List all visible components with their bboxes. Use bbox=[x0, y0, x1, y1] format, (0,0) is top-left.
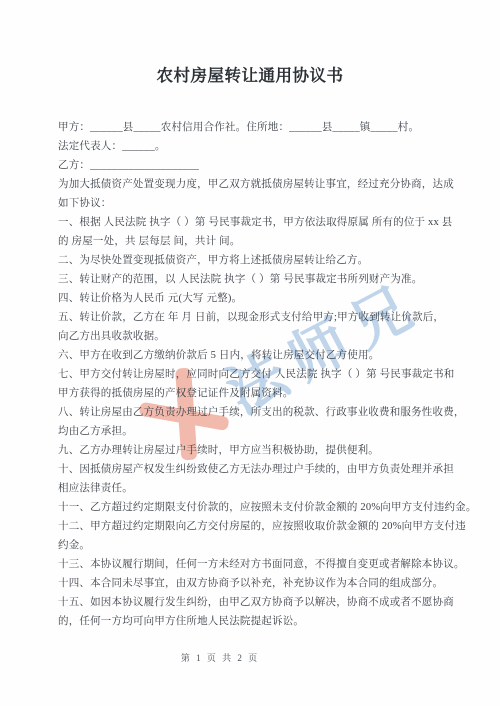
line-preamble-2: 如下协议： bbox=[58, 194, 458, 213]
line-clause-5a: 五、转让价款，乙方在 年 月 日前，以现金形式支付给甲方;甲方收到转让价款后， bbox=[58, 308, 458, 327]
line-clause-14: 十四、本合同未尽事宜，由双方协商予以补充，补充协议作为本合同的组成部分。 bbox=[58, 574, 458, 593]
line-clause-8b: 均由乙方承担。 bbox=[58, 422, 458, 441]
line-clause-7a: 七、甲方交付转让房屋时，应同时向乙方交付 人民法院 执字（ ）第 号民事裁定书和 bbox=[58, 365, 458, 384]
line-clause-3: 三、转让财产的范围，以 人民法院 执字（ ）第 号民事裁定书所列财产为准。 bbox=[58, 270, 458, 289]
line-preamble-1: 为加大抵债资产处置变现力度，甲乙双方就抵债房屋转让事宜，经过充分协商，达成 bbox=[58, 175, 458, 194]
line-clause-9: 九、乙方办理转让房屋过户手续时，甲方应当积极协助，提供便利。 bbox=[58, 441, 458, 460]
document-title: 农村房屋转让通用协议书 bbox=[0, 62, 500, 86]
line-clause-1a: 一、根据 人民法院 执字（ ）第 号民事裁定书，甲方依法取得原属 所有的位于 x… bbox=[58, 213, 458, 232]
line-clause-15b: 的，任何一方均可向甲方住所地人民法院提起诉讼。 bbox=[58, 612, 458, 631]
line-clause-6: 六、甲方在收到乙方缴纳价款后 5 日内，将转让房屋交付乙方使用。 bbox=[58, 346, 458, 365]
line-party-b: 乙方：____________________ bbox=[58, 156, 458, 175]
line-clause-7b: 甲方获得的抵债房屋的产权登记证件及附属资料。 bbox=[58, 384, 458, 403]
line-clause-10a: 十、因抵债房屋产权发生纠纷致使乙方无法办理过户手续的，由甲方负责处理并承担 bbox=[58, 460, 458, 479]
line-clause-4: 四、转让价格为人民币 元(大写 元整)。 bbox=[58, 289, 458, 308]
document-body: 甲方：______县_____农村信用合作社。住所地：______县_____镇… bbox=[58, 118, 458, 631]
line-clause-15a: 十五、如因本协议履行发生纠纷，由甲乙双方协商予以解决，协商不成或者不愿协商 bbox=[58, 593, 458, 612]
document-page: 法师兄 农村房屋转让通用协议书 甲方：______县_____农村信用合作社。住… bbox=[0, 0, 500, 706]
line-clause-8a: 八、转让房屋由乙方负责办理过户手续，所支出的税款、行政事业收费和服务性收费， bbox=[58, 403, 458, 422]
line-legal-representative: 法定代表人：______。 bbox=[58, 137, 458, 156]
page-number: 第 1 页 共 2 页 bbox=[0, 651, 440, 664]
line-clause-11: 十一、乙方超过约定期限支付价款的，应按照未支付价款金额的 20%向甲方支付违约金… bbox=[58, 498, 458, 517]
line-clause-12a: 十二、甲方超过约定期限向乙方交付房屋的，应按照收取价款金额的 20%向甲方支付违 bbox=[58, 517, 458, 536]
line-clause-1b: 的 房屋一处，共 层每层 间，共计 间。 bbox=[58, 232, 458, 251]
line-clause-12b: 约金。 bbox=[58, 536, 458, 555]
line-party-a: 甲方：______县_____农村信用合作社。住所地：______县_____镇… bbox=[58, 118, 458, 137]
line-clause-2: 二、为尽快处置变现抵债资产，甲方将上述抵债房屋转让给乙方。 bbox=[58, 251, 458, 270]
line-clause-5b: 向乙方出具收款收据。 bbox=[58, 327, 458, 346]
line-clause-10b: 相应法律责任。 bbox=[58, 479, 458, 498]
line-clause-13: 十三、本协议履行期间，任何一方未经对方书面同意，不得擅自变更或者解除本协议。 bbox=[58, 555, 458, 574]
